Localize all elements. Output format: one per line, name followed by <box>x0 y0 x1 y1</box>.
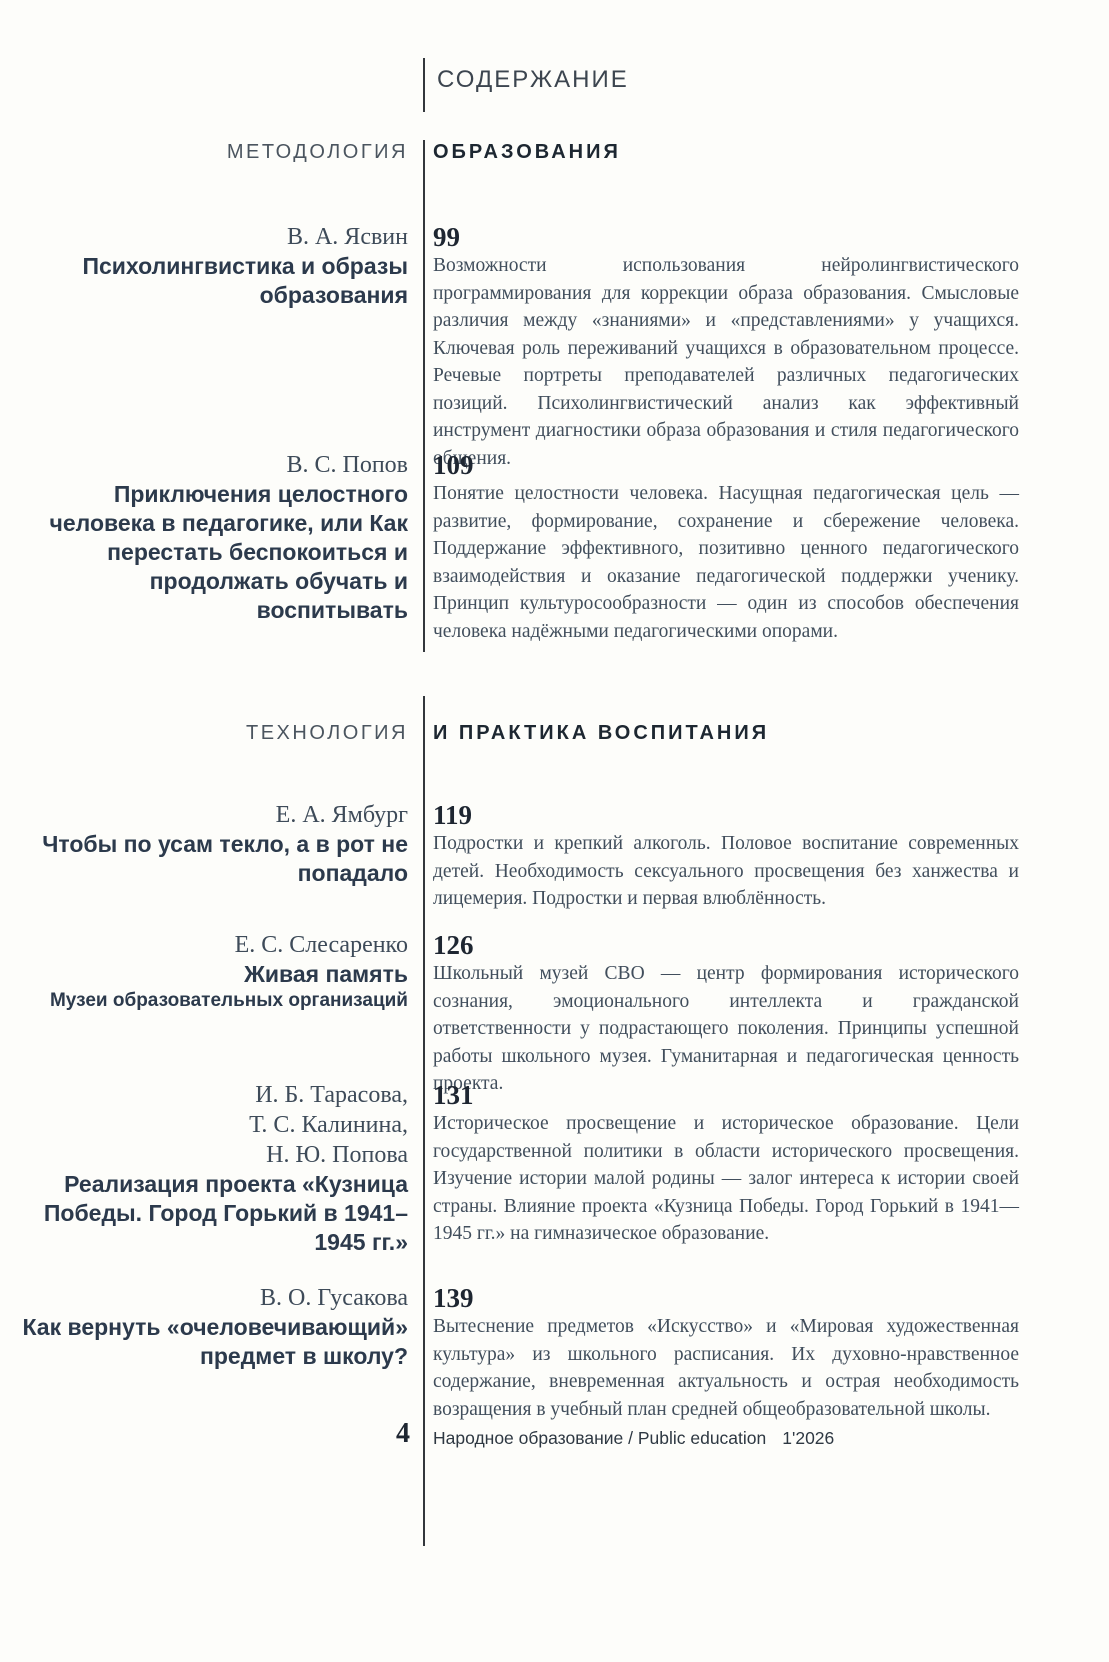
entry-title: Чтобы по усам текло, а в рот не попадало <box>20 830 408 888</box>
author-name: В. С. Попов <box>20 450 408 480</box>
entry-page-number: 139 <box>433 1283 1019 1313</box>
footer-issue: 1'2026 <box>782 1428 834 1448</box>
vertical-rule <box>423 140 425 652</box>
toc-entry-detail: 131 Историческое просвещение и историчес… <box>433 1080 1019 1248</box>
entry-summary: Школьный музей СВО — центр формирования … <box>433 960 1019 1098</box>
entry-page-number: 126 <box>433 930 1019 960</box>
toc-entry: И. Б. Тарасова, Т. С. Калинина, Н. Ю. По… <box>20 1080 408 1257</box>
entry-authors: В. С. Попов <box>20 450 408 480</box>
vertical-rule <box>423 696 425 1546</box>
entry-title: Живая память <box>20 960 408 989</box>
toc-entry: В. С. Попов Приключения целостного челов… <box>20 450 408 625</box>
entry-summary: Возможности использования нейролингвисти… <box>433 252 1019 472</box>
footer-journal-title: Народное образование / Public education <box>433 1428 766 1448</box>
entry-title: Реализация проекта «Кузница Победы. Горо… <box>20 1170 408 1257</box>
page-title: СОДЕРЖАНИЕ <box>437 66 629 94</box>
footer: Народное образование / Public education1… <box>433 1428 834 1449</box>
author-name: В. А. Ясвин <box>20 222 408 252</box>
toc-page: СОДЕРЖАНИЕ МЕТОДОЛОГИЯ ОБРАЗОВАНИЯ В. А.… <box>0 0 1109 1662</box>
author-name: Е. С. Слесаренко <box>20 930 408 960</box>
toc-entry-detail: 119 Подростки и крепкий алкоголь. Полово… <box>433 800 1019 913</box>
entry-subtitle: Музеи образовательных организаций <box>20 989 408 1013</box>
entry-authors: В. О. Гусакова <box>20 1283 408 1313</box>
toc-entry: Е. А. Ямбург Чтобы по усам текло, а в ро… <box>20 800 408 888</box>
entry-title: Психолингвистика и образы образования <box>20 252 408 310</box>
author-name: И. Б. Тарасова, <box>20 1080 408 1110</box>
entry-page-number: 119 <box>433 800 1019 830</box>
toc-entry-detail: 139 Вытеснение предметов «Искусство» и «… <box>433 1283 1019 1423</box>
entry-title: Приключения целостного человека в педаго… <box>20 480 408 625</box>
entry-authors: В. А. Ясвин <box>20 222 408 252</box>
entry-summary: Подростки и крепкий алкоголь. Половое во… <box>433 830 1019 913</box>
entry-authors: Е. С. Слесаренко <box>20 930 408 960</box>
toc-entry: Е. С. Слесаренко Живая память Музеи обра… <box>20 930 408 1013</box>
author-name: Т. С. Калинина, <box>20 1110 408 1140</box>
toc-entry-detail: 109 Понятие целостности человека. Насущн… <box>433 450 1019 645</box>
author-name: В. О. Гусакова <box>20 1283 408 1313</box>
author-name: Н. Ю. Попова <box>20 1140 408 1170</box>
entry-summary: Историческое просвещение и историческое … <box>433 1110 1019 1248</box>
toc-entry-detail: 99 Возможности использования нейролингви… <box>433 222 1019 472</box>
entry-title: Как вернуть «очеловечивающий» предмет в … <box>20 1313 408 1371</box>
footer-page-number: 4 <box>20 1418 410 1450</box>
section-heading-methodology-right: ОБРАЗОВАНИЯ <box>433 141 621 164</box>
entry-page-number: 99 <box>433 222 1019 252</box>
entry-summary: Понятие целостности человека. Насущная п… <box>433 480 1019 645</box>
section-heading-technology-left: ТЕХНОЛОГИЯ <box>20 722 408 745</box>
author-name: Е. А. Ямбург <box>20 800 408 830</box>
toc-entry-detail: 126 Школьный музей СВО — центр формирова… <box>433 930 1019 1098</box>
toc-entry: В. А. Ясвин Психолингвистика и образы об… <box>20 222 408 310</box>
entry-page-number: 109 <box>433 450 1019 480</box>
entry-summary: Вытеснение предметов «Искусство» и «Миро… <box>433 1313 1019 1423</box>
section-heading-methodology-left: МЕТОДОЛОГИЯ <box>20 141 408 164</box>
vertical-rule <box>423 58 425 112</box>
toc-entry: В. О. Гусакова Как вернуть «очеловечиваю… <box>20 1283 408 1371</box>
entry-authors: И. Б. Тарасова, Т. С. Калинина, Н. Ю. По… <box>20 1080 408 1170</box>
entry-page-number: 131 <box>433 1080 1019 1110</box>
entry-authors: Е. А. Ямбург <box>20 800 408 830</box>
section-heading-technology-right: И ПРАКТИКА ВОСПИТАНИЯ <box>433 722 769 745</box>
